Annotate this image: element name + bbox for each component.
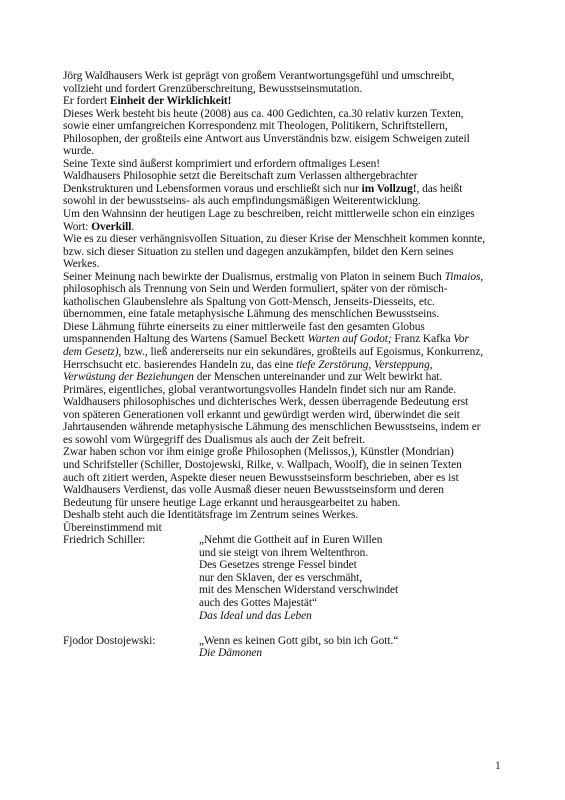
text-line: sowie einer umfangreichen Korrespondenz … xyxy=(63,120,503,133)
text-line: Wort: Overkill. xyxy=(63,221,503,234)
text-run: , xyxy=(480,271,483,283)
text-line: Bedeutung für unsere heutige Lage erkann… xyxy=(63,497,503,510)
text-line: philosophisch als Trennung von Sein und … xyxy=(63,283,503,296)
quote-line: „Wenn es keinen Gott gibt, so bin ich Go… xyxy=(199,635,398,648)
text-line: Denkstrukturen und Lebensformen voraus u… xyxy=(63,183,503,196)
italic-text: Warten auf Godot; xyxy=(307,333,391,345)
text-line: auch oft zitiert werden, Aspekte dieser … xyxy=(63,472,503,485)
text-run: umspannenden Haltung des Wartens (Samuel… xyxy=(63,333,307,345)
quote-line: mit des Menschen Widerstand verschwindet xyxy=(199,584,398,597)
text-run: Herrschsucht etc. basierendes Handeln zu… xyxy=(63,359,296,371)
text-line: von späteren Generationen voll erkannt u… xyxy=(63,409,503,422)
text-run: Werkes. xyxy=(63,258,99,270)
text-run: und Schrifsteller (Schiller, Dostojewski… xyxy=(63,459,462,471)
quote-line: und sie steigt von ihrem Weltenthron. xyxy=(199,547,398,560)
quote-source: Die Dämonen xyxy=(199,647,398,660)
text-run: es sowohl vom Würgegriff des Dualismus a… xyxy=(63,434,365,446)
bold-text: im Vollzug! xyxy=(362,183,417,195)
text-run: der Menschen untereinander und zur Welt … xyxy=(194,371,442,383)
text-run: Um den Wahnsinn der heutigen Lage zu bes… xyxy=(63,208,475,220)
text-run: übernommen, eine fatale metaphysische Lä… xyxy=(63,308,439,320)
text-line: wurde. xyxy=(63,145,503,158)
text-run: sowie einer umfangreichen Korrespondenz … xyxy=(63,120,448,132)
italic-text: Verwüstung der Beziehungen xyxy=(63,371,194,383)
text-run: Wie es zu dieser verhängnisvollen Situat… xyxy=(63,233,485,245)
quote-line: nur den Sklaven, der es verschmäht, xyxy=(199,572,398,585)
text-run: philosophisch als Trennung von Sein und … xyxy=(63,283,448,295)
text-line: Jahrtausenden währende metaphysische Läh… xyxy=(63,421,503,434)
text-line: Er fordert Einheit der Wirklichkeit! xyxy=(63,95,503,108)
text-run: Denkstrukturen und Lebensformen voraus u… xyxy=(63,183,362,195)
text-run: Seiner Meinung nach bewirkte der Dualism… xyxy=(63,271,445,283)
text-line: umspannenden Haltung des Wartens (Samuel… xyxy=(63,333,503,346)
quote-dostojewski: Fjodor Dostojewski: „Wenn es keinen Gott… xyxy=(63,635,503,660)
text-line: übernommen, eine fatale metaphysische Lä… xyxy=(63,308,503,321)
spacer xyxy=(63,622,503,635)
text-line: Werkes. xyxy=(63,258,503,271)
text-line: Deshalb steht auch die Identitätsfrage i… xyxy=(63,509,503,522)
text-line: Diese Lähmung führte einerseits zu einer… xyxy=(63,321,503,334)
text-run: . xyxy=(131,221,134,233)
text-run: auch oft zitiert werden, Aspekte dieser … xyxy=(63,472,459,484)
text-run: sowohl in der bewusstseins- als auch emp… xyxy=(63,195,421,207)
text-run: bzw., ließ andererseits nur ein sekundär… xyxy=(121,346,483,358)
text-run: Primäres, eigentliches, global verantwor… xyxy=(63,384,456,396)
quote-text: „Wenn es keinen Gott gibt, so bin ich Go… xyxy=(199,635,398,660)
text-line: Primäres, eigentliches, global verantwor… xyxy=(63,384,503,397)
text-line: Philosophen, der großteils eine Antwort … xyxy=(63,133,503,146)
text-run: Jahrtausenden währende metaphysische Läh… xyxy=(63,421,480,433)
text-run: Er fordert xyxy=(63,95,110,107)
text-run: Deshalb steht auch die Identitätsfrage i… xyxy=(63,509,358,521)
text-line: Herrschsucht etc. basierendes Handeln zu… xyxy=(63,359,503,372)
text-run: Philosophen, der großteils eine Antwort … xyxy=(63,133,470,145)
text-run: katholischen Glaubenslehre als Spaltung … xyxy=(63,296,435,308)
text-run: Seine Texte sind äußerst komprimiert und… xyxy=(63,158,380,170)
text-run: Übereinstimmend mit xyxy=(63,522,162,534)
text-run: Zwar haben schon vor ihm einige große Ph… xyxy=(63,446,454,458)
text-run: Jörg Waldhausers Werk ist geprägt von gr… xyxy=(63,70,454,82)
text-line: Seiner Meinung nach bewirkte der Dualism… xyxy=(63,271,503,284)
italic-text: dem Gesetz), xyxy=(63,346,121,358)
quote-schiller: Friedrich Schiller: „Nehmt die Gottheit … xyxy=(63,534,503,622)
document-page: Jörg Waldhausers Werk ist geprägt von gr… xyxy=(0,0,565,800)
text-line: katholischen Glaubenslehre als Spaltung … xyxy=(63,296,503,309)
text-run: Waldhausers Verdienst, das volle Ausmaß … xyxy=(63,484,444,496)
text-line: Dieses Werk besteht bis heute (2008) aus… xyxy=(63,108,503,121)
text-line: Waldhausers Philosophie setzt die Bereit… xyxy=(63,170,503,183)
text-line: Waldhausers Verdienst, das volle Ausmaß … xyxy=(63,484,503,497)
text-run: Waldhausers philosophisches und dichteri… xyxy=(63,396,468,408)
text-line: Seine Texte sind äußerst komprimiert und… xyxy=(63,158,503,171)
text-run: Waldhausers Philosophie setzt die Bereit… xyxy=(63,170,417,182)
text-line: vollzieht und fordert Grenzüberschreitun… xyxy=(63,83,503,96)
text-run: Franz Kafka xyxy=(392,333,454,345)
text-run: Dieses Werk besteht bis heute (2008) aus… xyxy=(63,108,464,120)
italic-text: tiefe Zerstörung, Versteppung, xyxy=(296,359,432,371)
page-number: 1 xyxy=(495,760,501,772)
quote-author: Fjodor Dostojewski: xyxy=(63,635,199,660)
bold-text: Einheit der Wirklichkeit! xyxy=(110,95,232,107)
text-run: Bedeutung für unsere heutige Lage erkann… xyxy=(63,497,400,509)
italic-text: Vor xyxy=(453,333,469,345)
quote-source: Das Ideal und das Leben xyxy=(199,610,398,623)
bold-text: Overkill xyxy=(91,221,131,233)
text-run: von späteren Generationen voll erkannt u… xyxy=(63,409,460,421)
text-line: Zwar haben schon vor ihm einige große Ph… xyxy=(63,446,503,459)
italic-text: Timaios xyxy=(445,271,481,283)
text-run: wurde. xyxy=(63,145,94,157)
text-line: Verwüstung der Beziehungen der Menschen … xyxy=(63,371,503,384)
text-run: bzw. sich dieser Situation zu stellen un… xyxy=(63,246,453,258)
quote-line: Des Gesetzes strenge Fessel bindet xyxy=(199,559,398,572)
text-line: bzw. sich dieser Situation zu stellen un… xyxy=(63,246,503,259)
text-run: Diese Lähmung führte einerseits zu einer… xyxy=(63,321,425,333)
paragraph-block: Jörg Waldhausers Werk ist geprägt von gr… xyxy=(63,70,503,534)
quote-author: Friedrich Schiller: xyxy=(63,534,199,622)
text-run: Wort: xyxy=(63,221,91,233)
text-line: dem Gesetz), bzw., ließ andererseits nur… xyxy=(63,346,503,359)
text-line: sowohl in der bewusstseins- als auch emp… xyxy=(63,195,503,208)
quote-line: auch des Gottes Majestät“ xyxy=(199,597,398,610)
text-line: Waldhausers philosophisches und dichteri… xyxy=(63,396,503,409)
text-line: es sowohl vom Würgegriff des Dualismus a… xyxy=(63,434,503,447)
text-line: Übereinstimmend mit xyxy=(63,522,503,535)
text-line: Um den Wahnsinn der heutigen Lage zu bes… xyxy=(63,208,503,221)
text-line: und Schrifsteller (Schiller, Dostojewski… xyxy=(63,459,503,472)
text-line: Jörg Waldhausers Werk ist geprägt von gr… xyxy=(63,70,503,83)
body-text: Jörg Waldhausers Werk ist geprägt von gr… xyxy=(63,70,503,660)
quote-text: „Nehmt die Gottheit auf in Euren Willen … xyxy=(199,534,398,622)
text-run: , das heißt xyxy=(416,183,462,195)
text-run: vollzieht und fordert Grenzüberschreitun… xyxy=(63,83,362,95)
text-line: Wie es zu dieser verhängnisvollen Situat… xyxy=(63,233,503,246)
quote-line: „Nehmt die Gottheit auf in Euren Willen xyxy=(199,534,398,547)
